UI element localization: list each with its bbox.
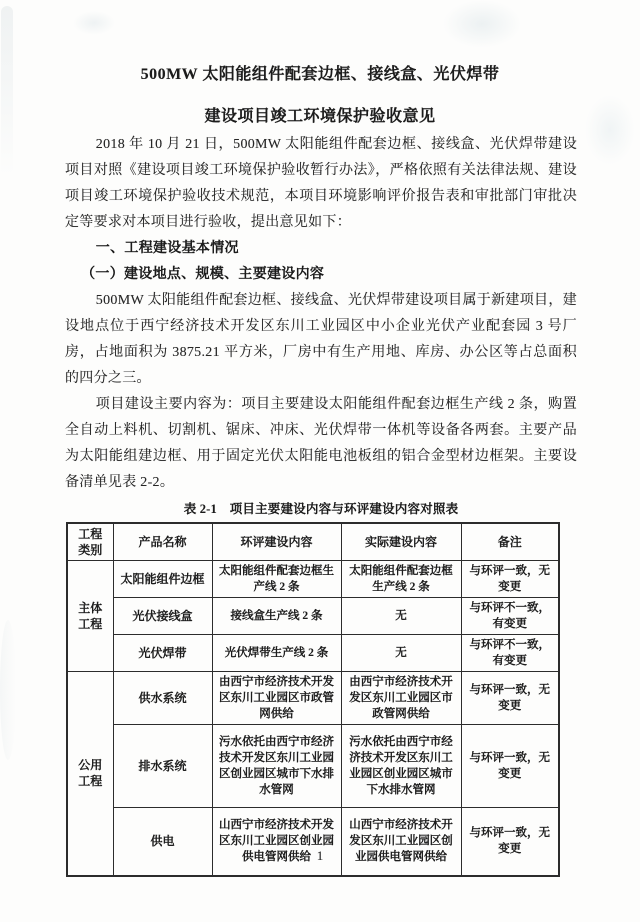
cell-actual: 污水依托由西宁市经济技术开发区东川工业园区创业园区城市下水排水管网 (341, 725, 461, 808)
cell-remark: 与环评不一致，有变更 (461, 635, 559, 672)
table-row: 供电山西宁市经济技术开发区东川工业园区创业园供电管网供给山西宁市经济技术开发区东… (67, 808, 559, 876)
header-project-category: 工程类别 (67, 523, 113, 561)
subsection-heading: （一）建设地点、规模、主要建设内容 (65, 262, 577, 288)
cell-actual: 无 (341, 598, 461, 635)
header-product-name: 产品名称 (113, 523, 212, 561)
content-paragraph: 项目建设主要内容为：项目主要建设太阳能组件配套边框生产线 2 条，购置全自动上料… (65, 392, 577, 496)
scan-smudge (1, 6, 13, 176)
cell-eia: 污水依托由西宁市经济技术开发区东川工业园区创业园区城市下水排水管网 (212, 725, 341, 808)
scanned-document-page: 500MW 太阳能组件配套边框、接线盒、光伏焊带 建设项目竣工环境保护验收意见 … (0, 0, 640, 922)
cell-remark: 与环评不一致，有变更 (461, 598, 559, 635)
cell-product: 供水系统 (113, 672, 212, 725)
header-actual-content: 实际建设内容 (341, 523, 461, 561)
cell-actual: 太阳能组件配套边框生产线 2 条 (341, 561, 461, 598)
table-header-row: 工程类别 产品名称 环评建设内容 实际建设内容 备注 (67, 523, 559, 561)
cell-product: 供电 (113, 808, 212, 876)
document-title-line1: 500MW 太阳能组件配套边框、接线盒、光伏焊带 (0, 64, 640, 86)
comparison-table: 工程类别 产品名称 环评建设内容 实际建设内容 备注 主体工程太阳能组件边框太阳… (66, 522, 560, 877)
scan-smudge (443, 0, 521, 48)
cell-eia: 光伏焊带生产线 2 条 (212, 635, 341, 672)
category-cell: 公用工程 (67, 672, 113, 876)
header-remark: 备注 (461, 523, 559, 561)
cell-product: 光伏焊带 (113, 635, 212, 672)
category-cell: 主体工程 (67, 561, 113, 672)
cell-remark: 与环评一致，无变更 (461, 561, 559, 598)
cell-eia: 接线盒生产线 2 条 (212, 598, 341, 635)
document-title-line2: 建设项目竣工环境保护验收意见 (0, 106, 640, 128)
page-number: 1 (0, 848, 640, 864)
intro-paragraph: 2018 年 10 月 21 日，500MW 太阳能组件配套边框、接线盒、光伏焊… (65, 132, 577, 236)
table-body: 主体工程太阳能组件边框太阳能组件配套边框生产线 2 条太阳能组件配套边框生产线 … (67, 561, 559, 876)
location-paragraph: 500MW 太阳能组件配套边框、接线盒、光伏焊带建设项目属于新建项目，建设地点位… (65, 288, 577, 392)
scan-smudge (73, 11, 115, 35)
cell-product: 太阳能组件边框 (113, 561, 212, 598)
document-body: 2018 年 10 月 21 日，500MW 太阳能组件配套边框、接线盒、光伏焊… (65, 132, 577, 877)
cell-eia: 太阳能组件配套边框生产线 2 条 (212, 561, 341, 598)
scan-smudge (0, 620, 16, 760)
cell-remark: 与环评一致，无变更 (461, 672, 559, 725)
cell-actual: 由西宁市经济技术开发区东川工业园区市政管网供给 (341, 672, 461, 725)
cell-product: 排水系统 (113, 725, 212, 808)
table-row: 主体工程太阳能组件边框太阳能组件配套边框生产线 2 条太阳能组件配套边框生产线 … (67, 561, 559, 598)
cell-actual: 山西宁市经济技术开发区东川工业园区创业园供电管网供给 (341, 808, 461, 876)
cell-remark: 与环评一致，无变更 (461, 725, 559, 808)
header-eia-content: 环评建设内容 (212, 523, 341, 561)
cell-eia: 山西宁市经济技术开发区东川工业园区创业园供电管网供给 (212, 808, 341, 876)
table-row: 排水系统污水依托由西宁市经济技术开发区东川工业园区创业园区城市下水排水管网污水依… (67, 725, 559, 808)
cell-product: 光伏接线盒 (113, 598, 212, 635)
cell-actual: 无 (341, 635, 461, 672)
section-heading: 一、工程建设基本情况 (65, 236, 577, 262)
table-row: 光伏焊带光伏焊带生产线 2 条无与环评不一致，有变更 (67, 635, 559, 672)
cell-remark: 与环评一致，无变更 (461, 808, 559, 876)
table-row: 光伏接线盒接线盒生产线 2 条无与环评不一致，有变更 (67, 598, 559, 635)
table-caption: 表 2-1 项目主要建设内容与环评建设内容对照表 (65, 496, 577, 522)
table-row: 公用工程供水系统由西宁市经济技术开发区东川工业园区市政管网供给由西宁市经济技术开… (67, 672, 559, 725)
cell-eia: 由西宁市经济技术开发区东川工业园区市政管网供给 (212, 672, 341, 725)
